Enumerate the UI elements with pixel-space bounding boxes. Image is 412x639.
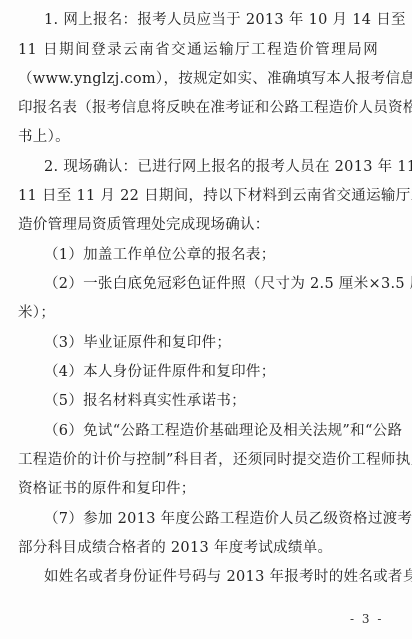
text-line: （7）参加 2013 年度公路工程造价人员乙级资格过渡考试且 [44,509,378,529]
text-line: 工程造价的计价与控制”科目者，还须同时提交造价工程师执业 [18,450,378,470]
text-line: 11 日至 11 月 22 日期间，持以下材料到云南省交通运输厅工程 [18,186,378,206]
text-line: （6）免试“公路工程造价基础理论及相关法规”和“公路 [44,421,378,441]
text-line: 资格证书的原件和复印件； [18,479,378,499]
page-number: - 3 - [350,612,383,626]
text-line: 2. 现场确认：已进行网上报名的报考人员在 2013 年 11 月 [44,157,378,177]
text-line: （www.ynglzj.com），按规定如实、准确填写本人报考信息并打 [18,69,378,89]
text-line: 1. 网上报名：报考人员应当于 2013 年 10 月 14 日至 11 月 [44,10,378,30]
text-line: 印报名表（报考信息将反映在准考证和公路工程造价人员资格证 [18,98,378,118]
text-line: 如姓名或者身份证件号码与 2013 年报考时的姓名或者身份 [44,567,378,587]
text-line: （4）本人身份证件原件和复印件； [44,362,378,382]
text-line: 11 日期间登录云南省交通运输厅工程造价管理局网 [18,40,378,60]
text-line: （5）报名材料真实性承诺书； [44,391,378,411]
document-page: 1. 网上报名：报考人员应当于 2013 年 10 月 14 日至 11 月11… [0,0,412,639]
text-line: 造价管理局资质管理处完成现场确认： [18,215,378,235]
text-line: 部分科目成绩合格者的 2013 年度考试成绩单。 [18,538,378,558]
text-line: （2）一张白底免冠彩色证件照（尺寸为 2.5 厘米×3.5 厘 [44,274,378,294]
text-line: （3）毕业证原件和复印件； [44,333,378,353]
text-line: 米）； [18,303,378,323]
text-line: 书上）。 [18,127,378,147]
text-line: （1）加盖工作单位公章的报名表； [44,245,378,265]
